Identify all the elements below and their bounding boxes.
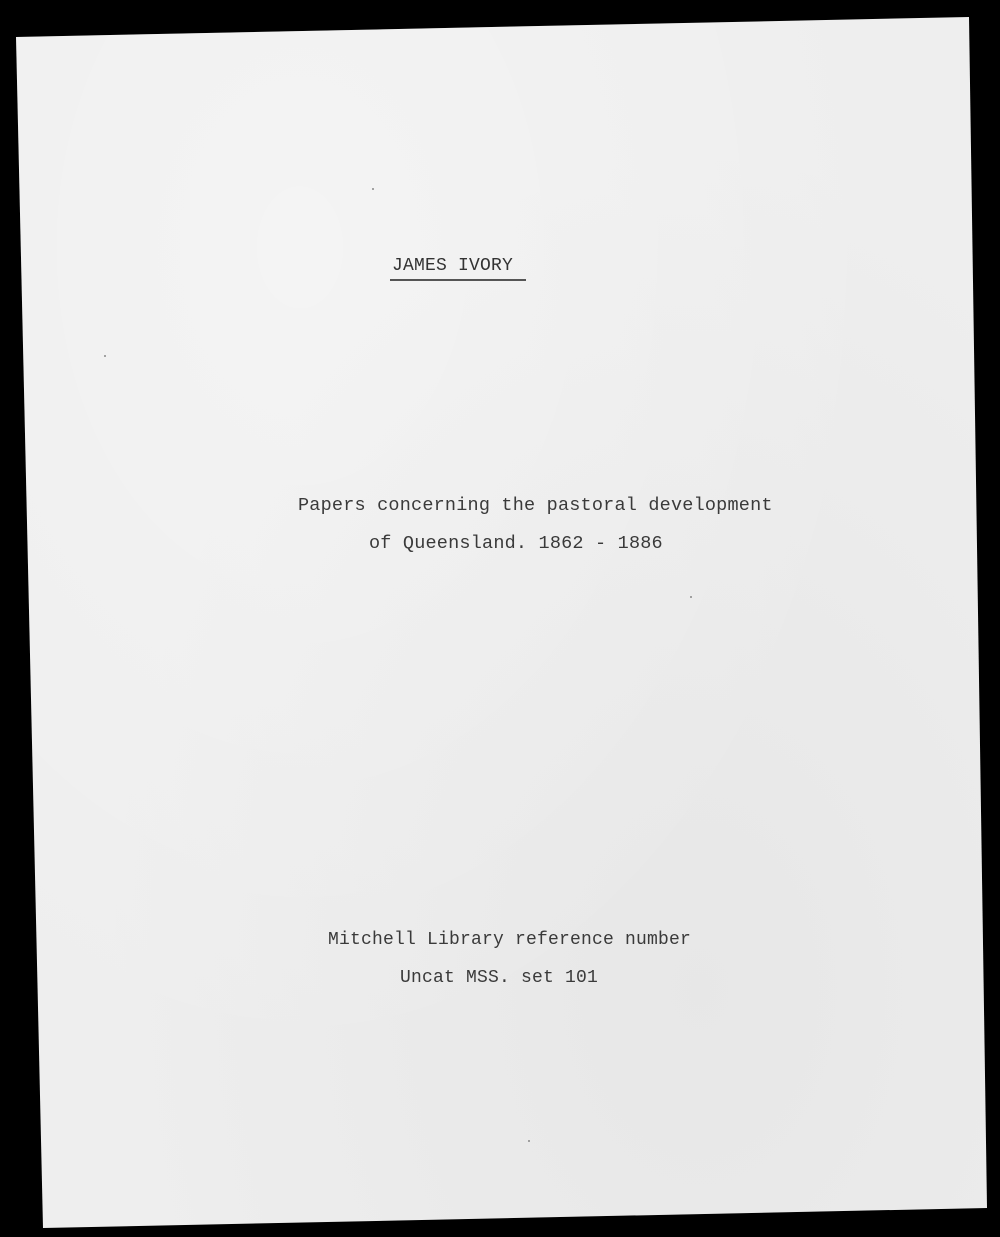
paper-speck	[104, 355, 106, 357]
description-line-1: Papers concerning the pastoral developme…	[298, 495, 773, 516]
title-underline	[390, 279, 526, 281]
paper-speck	[528, 1140, 530, 1142]
reference-label: Mitchell Library reference number	[328, 930, 691, 950]
document-title: JAMES IVORY	[392, 256, 513, 276]
description-line-2: of Queensland. 1862 - 1886	[369, 533, 663, 554]
paper-speck	[690, 596, 692, 598]
paper-speck	[372, 188, 374, 190]
scanned-page: JAMES IVORY Papers concerning the pastor…	[0, 0, 1000, 1237]
reference-number: Uncat MSS. set 101	[400, 968, 598, 988]
